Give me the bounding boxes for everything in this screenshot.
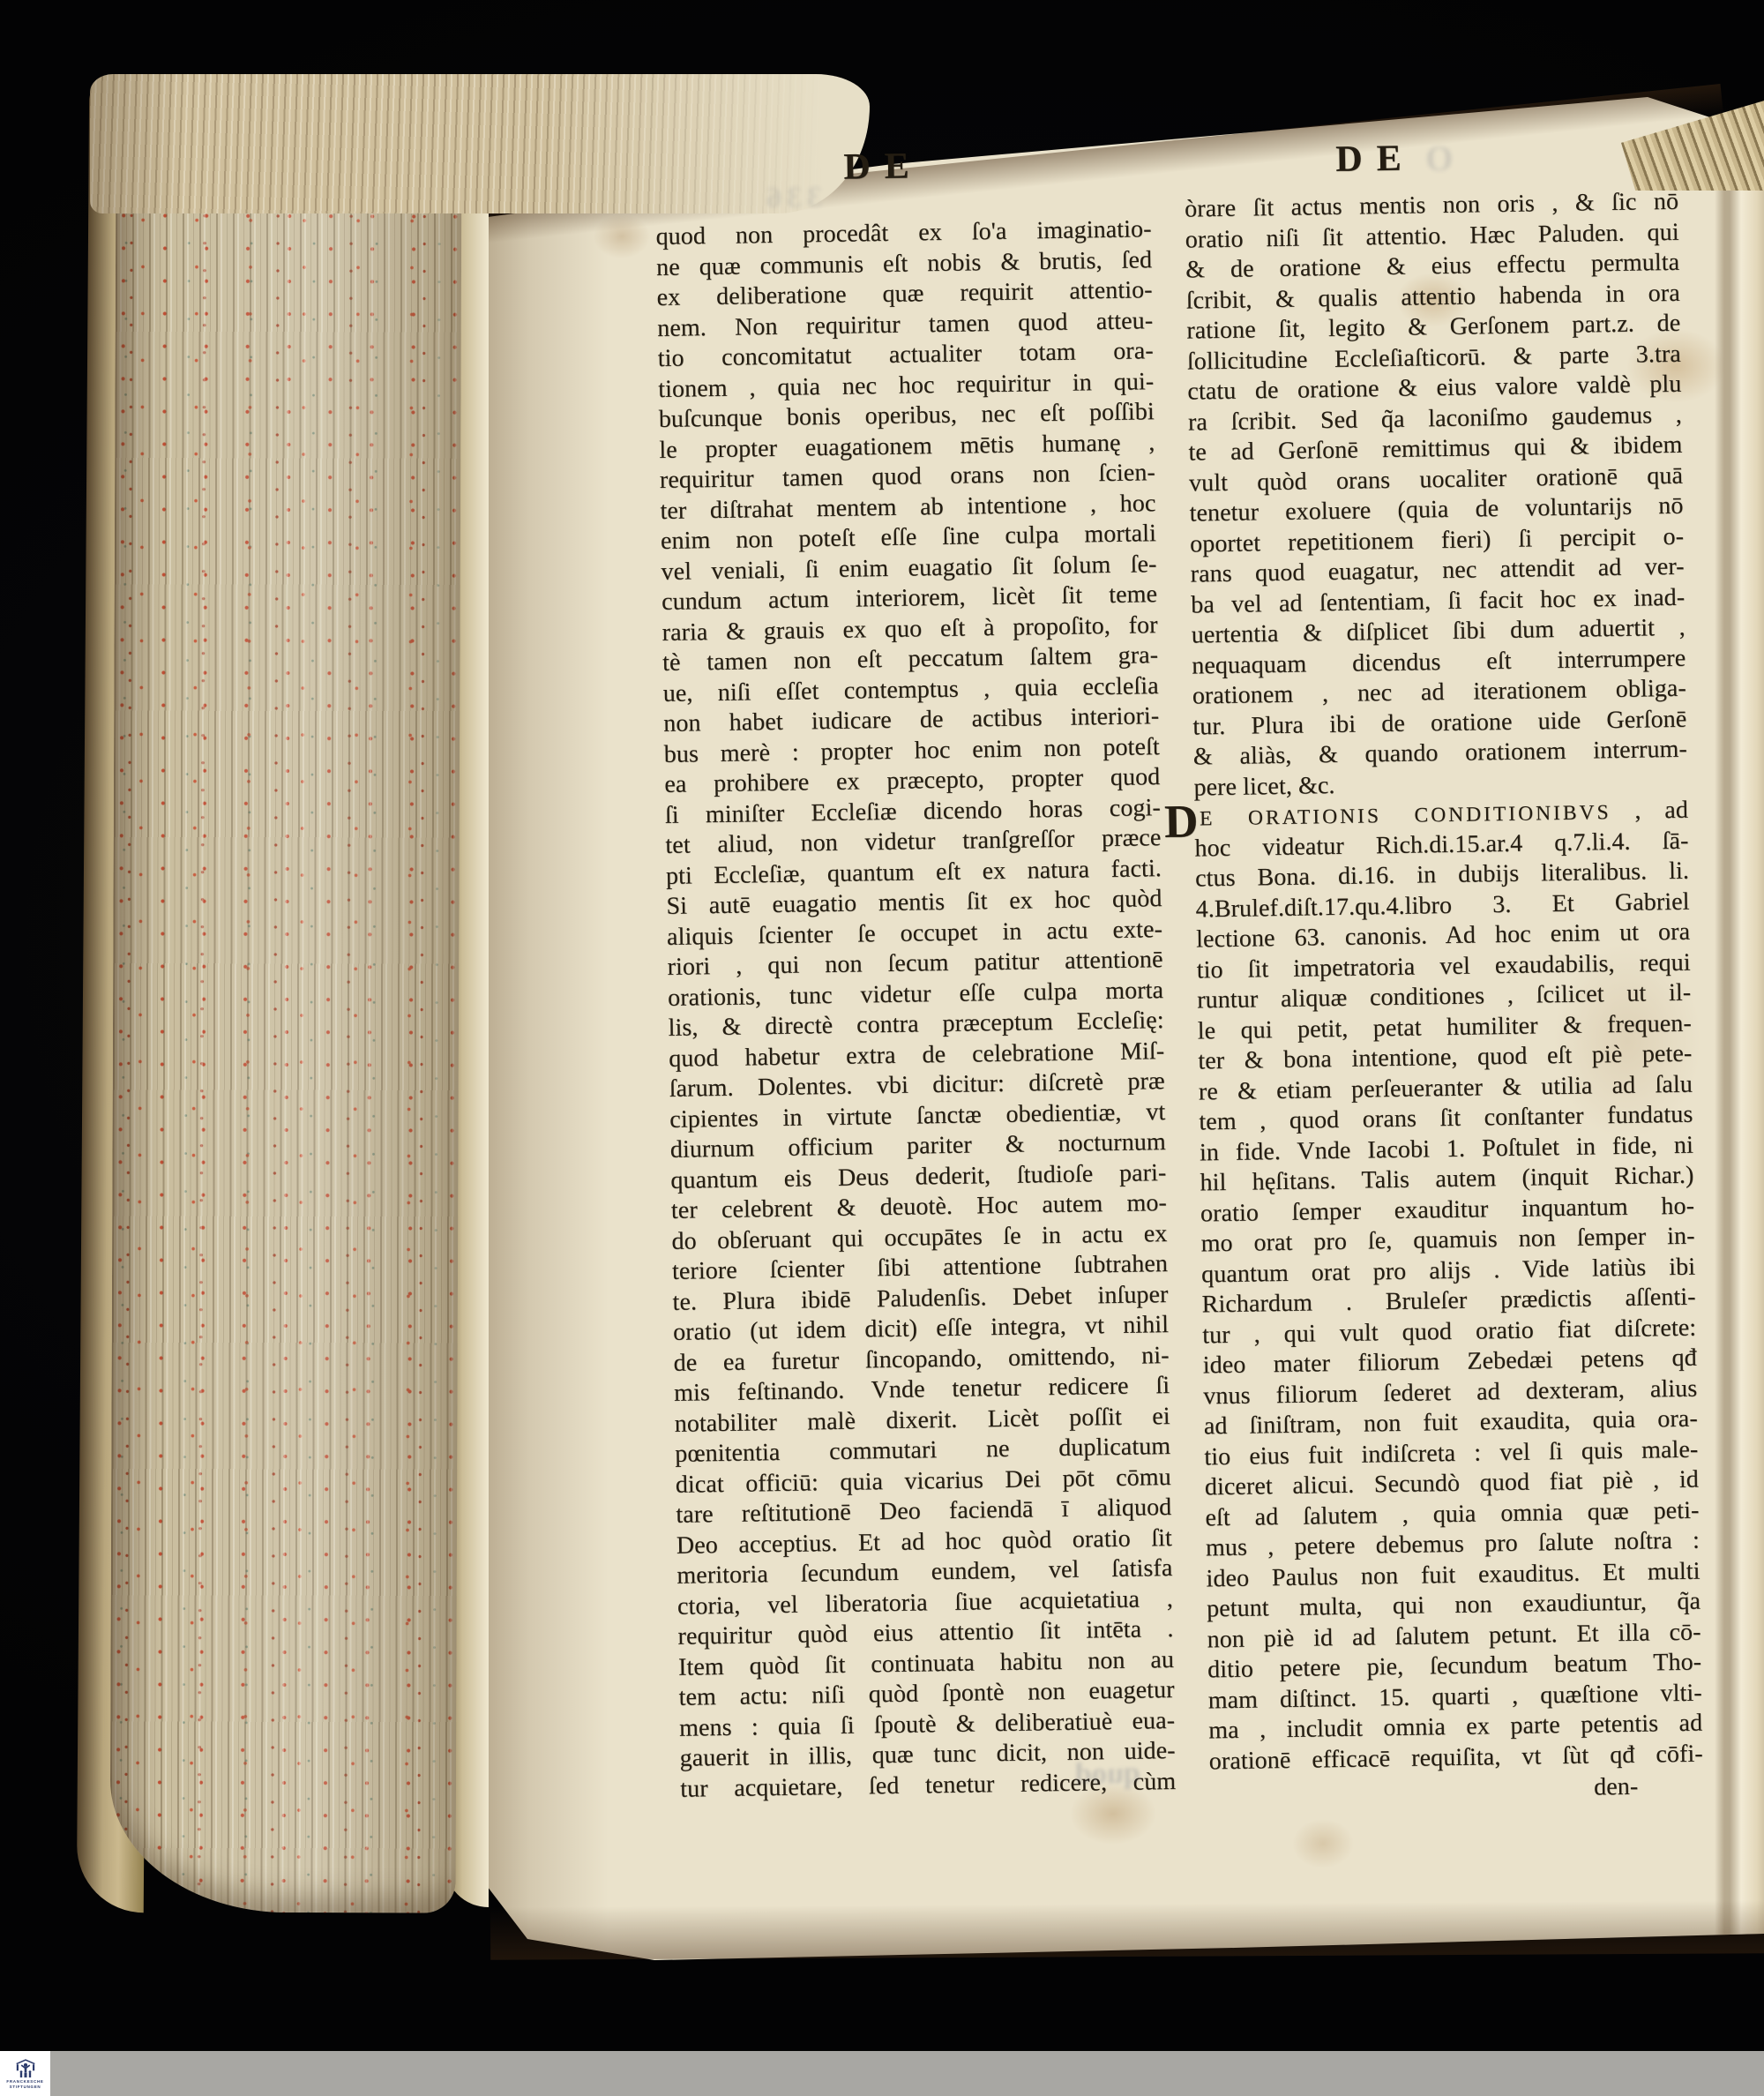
library-logo-text-2: STIFTUNGEN xyxy=(10,2085,41,2089)
library-logo-text-1: FRANCKESCHE xyxy=(6,2079,43,2084)
show-through-ghost: O xyxy=(1416,138,1454,180)
text-block: DE DE O 336 quod quod non procedât ex ſo… xyxy=(654,131,1722,1817)
left-column: quod non procedât ex ſo'a imaginatio-ne … xyxy=(655,214,1176,1817)
entry-heading-smallcaps: E ORATIONIS CONDITIONIBVS xyxy=(1200,801,1611,830)
right-column-paragraph: hoc videatur Rich.di.15.ar.4 q.7.li.4. ſ… xyxy=(1194,826,1703,1777)
right-column-paragraph: òrare ſit actus mentis non oris , & ſic … xyxy=(1185,187,1688,804)
show-through-ghost: 336 xyxy=(761,181,823,215)
page-bottom-shadow xyxy=(490,1900,1764,1960)
fore-edge-stack xyxy=(109,140,461,1913)
text-columns: quod non procedât ex ſo'a imaginatio-ne … xyxy=(655,195,1721,1817)
library-logo-icon xyxy=(14,2059,37,2078)
entry-heading-tail: , ad xyxy=(1611,797,1688,825)
show-through-ghost: quod xyxy=(1075,1757,1140,1792)
scan-footer-bar xyxy=(0,2051,1764,2096)
book-scan-photo: DE DE O 336 quod quod non procedât ex ſo… xyxy=(0,0,1764,2096)
drop-cap-initial: D xyxy=(1164,803,1200,834)
right-column: òrare ſit actus mentis non oris , & ſic … xyxy=(1185,187,1704,1809)
library-logo: FRANCKESCHE STIFTUNGEN xyxy=(0,2051,50,2096)
running-head-right: DE xyxy=(1335,136,1416,181)
running-head-left: DE xyxy=(843,144,923,189)
